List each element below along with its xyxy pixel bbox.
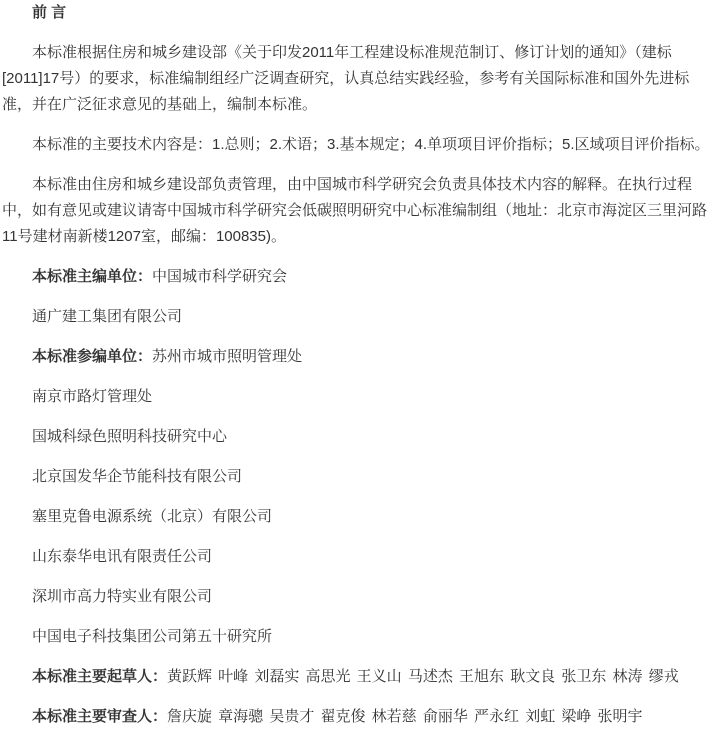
co-editor-label: 本标准参编单位： — [32, 348, 152, 365]
co-editor-value: 苏州市城市照明管理处 — [152, 348, 302, 365]
co-editor-org-7: 中国电子科技集团公司第五十研究所 — [2, 624, 716, 650]
reviewers-names: 詹庆旋 章海骢 吴贵才 翟克俊 林若慈 俞丽华 严永红 刘虹 梁峥 张明宇 — [167, 708, 643, 725]
intro-paragraph-2: 本标准的主要技术内容是：1.总则；2.术语；3.基本规定；4.单项项目评价指标；… — [2, 132, 716, 158]
co-editor-org-2: 国城科绿色照明科技研究中心 — [2, 424, 716, 450]
chief-editor-line: 本标准主编单位：中国城市科学研究会 — [2, 264, 716, 290]
drafters-names: 黄跃辉 叶峰 刘磊实 高思光 王义山 马述杰 王旭东 耿文良 张卫东 林涛 缪戎 — [167, 668, 679, 685]
reviewers-label: 本标准主要审查人： — [32, 708, 167, 725]
foreword-page: 前 言 本标准根据住房和城乡建设部《关于印发2011年工程建设标准规范制订、修订… — [2, 0, 716, 730]
co-editor-org-3: 北京国发华企节能科技有限公司 — [2, 464, 716, 490]
reviewers-line: 本标准主要审查人：詹庆旋 章海骢 吴贵才 翟克俊 林若慈 俞丽华 严永红 刘虹 … — [2, 704, 716, 730]
page-title: 前 言 — [2, 0, 716, 26]
chief-editor-label: 本标准主编单位： — [32, 268, 152, 285]
co-editor-org-5: 山东泰华电讯有限责任公司 — [2, 544, 716, 570]
intro-paragraph-3: 本标准由住房和城乡建设部负责管理，由中国城市科学研究会负责具体技术内容的解释。在… — [2, 172, 716, 250]
co-editor-line: 本标准参编单位：苏州市城市照明管理处 — [2, 344, 716, 370]
drafters-label: 本标准主要起草人： — [32, 668, 167, 685]
chief-editor-extra-org: 通广建工集团有限公司 — [2, 304, 716, 330]
intro-paragraph-1: 本标准根据住房和城乡建设部《关于印发2011年工程建设标准规范制订、修订计划的通… — [2, 40, 716, 118]
chief-editor-value: 中国城市科学研究会 — [152, 268, 287, 285]
co-editor-org-4: 塞里克鲁电源系统（北京）有限公司 — [2, 504, 716, 530]
co-editor-org-6: 深圳市高力特实业有限公司 — [2, 584, 716, 610]
co-editor-org-1: 南京市路灯管理处 — [2, 384, 716, 410]
drafters-line: 本标准主要起草人：黄跃辉 叶峰 刘磊实 高思光 王义山 马述杰 王旭东 耿文良 … — [2, 664, 716, 690]
